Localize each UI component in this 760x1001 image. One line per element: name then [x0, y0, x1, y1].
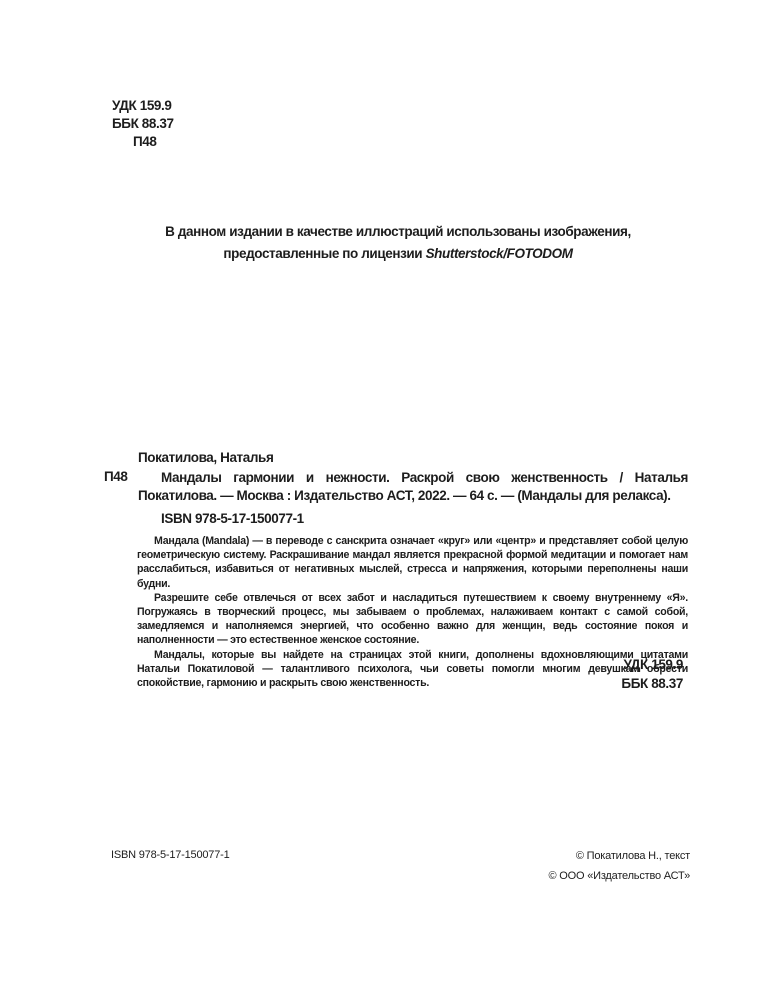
copyright-line-author: © Покатилова Н., текст — [549, 846, 690, 866]
annotation-paragraph: Мандалы, которые вы найдете на страницах… — [137, 648, 688, 691]
author-sign: П48 — [112, 133, 174, 151]
classification-block-bottom: УДК 159.9 ББК 88.37 — [621, 655, 683, 693]
udk-code-bottom: УДК 159.9 — [621, 655, 683, 674]
footer-isbn-number: ISBN 978-5-17-150077-1 — [111, 849, 230, 861]
isbn-number: ISBN 978-5-17-150077-1 — [161, 511, 304, 526]
copyright-block: © Покатилова Н., текст © ООО «Издательст… — [549, 846, 690, 886]
bbk-code: ББК 88.37 — [112, 115, 174, 133]
classification-block-top: УДК 159.9 ББК 88.37 П48 — [112, 97, 174, 151]
biblio-author-sign: П48 — [104, 469, 128, 484]
udk-code: УДК 159.9 — [112, 97, 174, 115]
license-source-name: Shutterstock/FOTODOM — [426, 246, 573, 261]
bibliographic-record: Мандалы гармонии и нежности. Раскрой сво… — [138, 469, 688, 505]
bbk-code-bottom: ББК 88.37 — [621, 674, 683, 693]
license-notice-line2: предоставленные по лицензии Shutterstock… — [104, 243, 692, 265]
annotation-paragraph: Разрешите себе отвлечься от всех забот и… — [137, 591, 688, 648]
annotation-block: Мандала (Mandala) — в переводе с санскри… — [137, 534, 688, 690]
copyright-line-publisher: © ООО «Издательство АСТ» — [549, 866, 690, 886]
author-heading: Покатилова, Наталья — [138, 450, 273, 465]
license-notice-line2-text: предоставленные по лицензии — [223, 246, 425, 261]
license-notice-line1: В данном издании в качестве иллюстраций … — [104, 221, 692, 243]
license-notice: В данном издании в качестве иллюстраций … — [104, 221, 692, 265]
book-imprint-page: УДК 159.9 ББК 88.37 П48 В данном издании… — [0, 0, 760, 1001]
annotation-paragraph: Мандала (Mandala) — в переводе с санскри… — [137, 534, 688, 591]
